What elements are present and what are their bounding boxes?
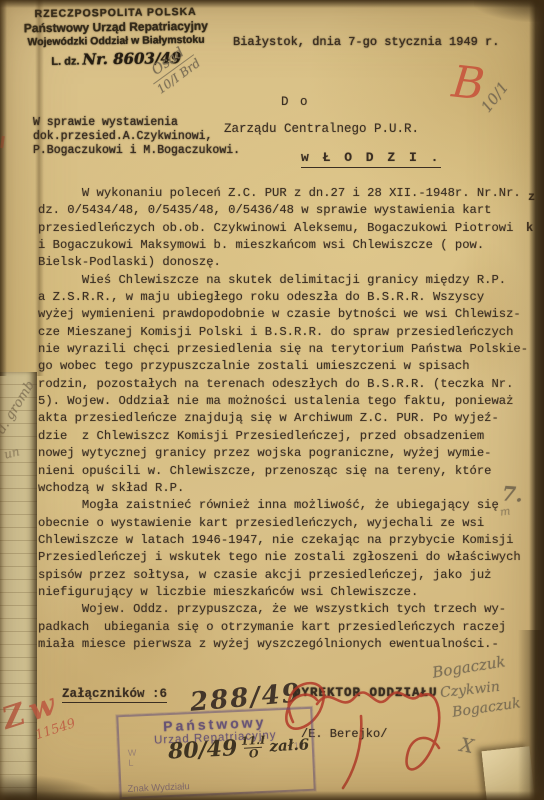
pencil-margin-number: 7. — [501, 481, 524, 506]
attachments-count: Załączników :6 — [62, 687, 167, 703]
pencil-surname: Bogaczuk — [431, 652, 507, 681]
recipient-organization: Zarządu Centralnego P.U.R. — [224, 122, 419, 136]
stamp-hand-date-fraction: 11.I O — [241, 735, 266, 759]
recipient-salutation: D o — [281, 95, 310, 109]
letterhead-branch: Wojewódzki Oddział w Białymstoku — [8, 33, 224, 48]
pencil-x-mark: X — [458, 734, 475, 758]
scan-edge-left — [0, 0, 7, 376]
stamp-hand-number: 80/49 — [167, 735, 238, 765]
pencil-surname: Czykwin — [439, 679, 500, 701]
subject-line: dok.przesied.A.Czykwinowi, — [33, 130, 240, 144]
director-typed-name: /E. Berejko/ — [301, 727, 387, 741]
scan-edge-top — [0, 0, 544, 8]
pencil-margin-scribble: m — [499, 504, 511, 518]
stamp-hand-day: 11.I — [241, 735, 266, 746]
paragraph-3: Mogła zaistnieć również inna możliwość, … — [38, 497, 544, 601]
scan-corner-top-right — [474, 0, 544, 22]
paragraph-4: Wojew. Oddz. przypuszcza, że we wszystki… — [38, 601, 544, 653]
dateline: Białystok, dnia 7-go stycznia 1949 r. — [233, 35, 499, 49]
recipient-city: w Ł O D Z I . — [301, 150, 441, 168]
stamp-l-label: L — [128, 758, 133, 768]
pencil-surname: Bogaczuk — [451, 695, 521, 720]
scan-edge-right — [529, 0, 544, 800]
stamp-w-label: W — [128, 747, 137, 757]
stamp-hand-letter: O — [249, 748, 259, 758]
subject-line: P.Bogaczukowi i M.Bogaczukowi. — [33, 144, 240, 158]
paragraph-2: Wieś Chlewiszcze na skutek delimitacji g… — [38, 272, 544, 497]
scan-corner-bottom-left — [0, 774, 110, 800]
paragraph-1: W wykonaniu poleceń Z.C. PUR z dn.27 i 2… — [38, 185, 544, 272]
stamp-hand-attachments: zał.6 — [269, 735, 310, 755]
scanned-document-page: RZECZPOSPOLITA POLSKA Państwowy Urząd Re… — [0, 0, 544, 800]
subject-block: W sprawie wystawienia dok.przesied.A.Czy… — [33, 116, 240, 158]
subject-line: W sprawie wystawienia — [33, 116, 240, 130]
letter-body: W wykonaniu poleceń Z.C. PUR z dn.27 i 2… — [38, 185, 544, 653]
director-title: DYREKTOR ODDZIAŁU — [293, 686, 438, 700]
reference-prefix: L. dz. — [51, 56, 79, 68]
